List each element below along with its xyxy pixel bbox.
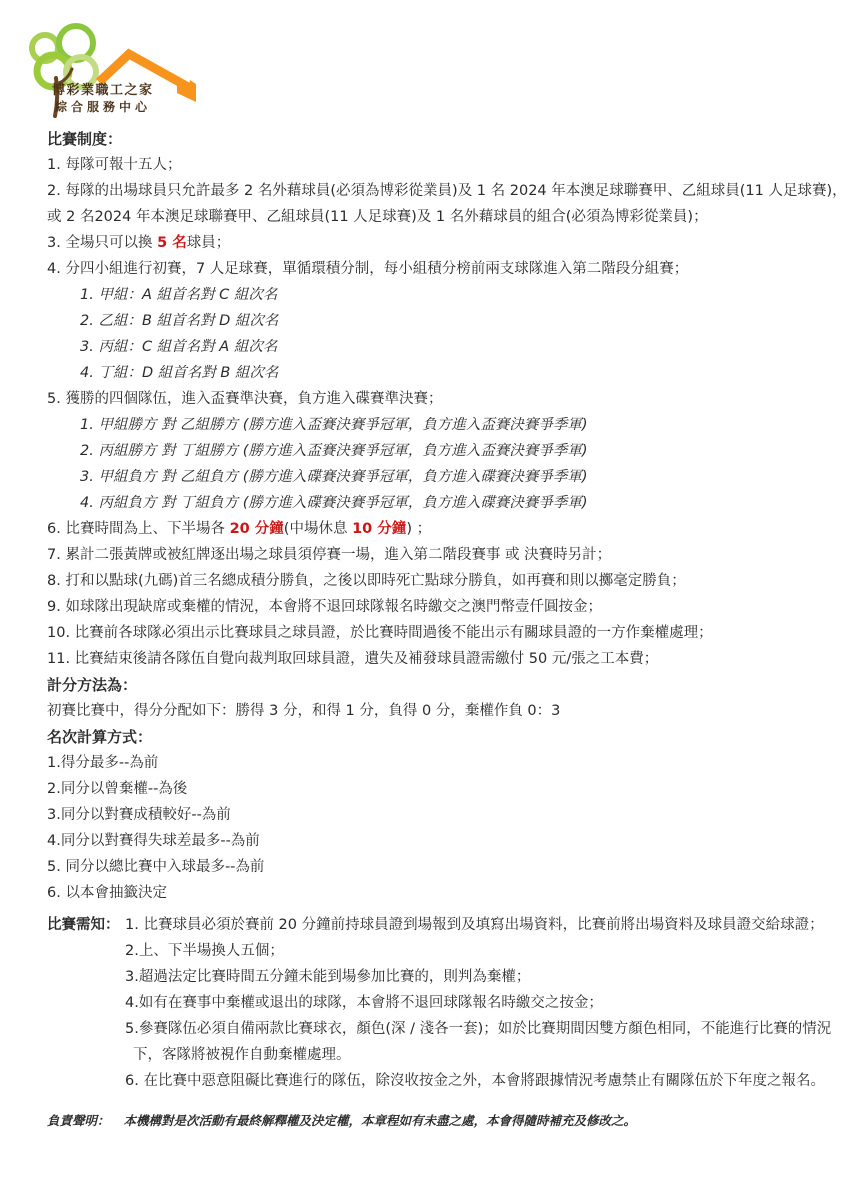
halftime-break-highlight: 10 分鐘 (352, 521, 406, 537)
rule-item-3-pre: 3. 全場只可以換 (47, 235, 157, 251)
rules-heading: 比賽制度： (47, 126, 847, 152)
notice-label: 比賽需知： (47, 912, 125, 938)
rule-item-5: 5. 獲勝的四個隊伍，進入盃賽準決賽，負方進入碟賽準決賽； (47, 386, 847, 412)
document-page: 博彩業職工之家 綜合服務中心 比賽制度： 1. 每隊可報十五人； 2. 每隊的出… (0, 0, 849, 1200)
notice-item: 2.上、下半場換人五個； (125, 938, 847, 964)
ranking-heading: 名次計算方式： (47, 724, 847, 750)
knockout-pairings: 1. 甲組勝方 對 乙組勝方 (勝方進入盃賽決賽爭冠軍，負方進入盃賽決賽爭季軍)… (47, 412, 847, 516)
ranking-item: 5. 同分以總比賽中入球最多--為前 (47, 854, 847, 880)
substitution-count-highlight: 5 名 (157, 235, 187, 251)
notice-item: 4.如有在賽事中棄權或退出的球隊，本會將不退回球隊報名時繳交之按金； (125, 990, 847, 1016)
pairing-item: 4. 丁組：D 組首名對 B 組次名 (80, 360, 847, 386)
notice-item: 5.參賽隊伍必須自備兩款比賽球衣，顏色(深 / 淺各一套)；如於比賽期間因雙方顏… (125, 1016, 847, 1068)
rule-item-3-post: 球員； (187, 235, 231, 251)
ranking-item: 6. 以本會抽籤決定 (47, 880, 847, 906)
pairing-item: 2. 乙組：B 組首名對 D 組次名 (80, 308, 847, 334)
rule-item-7: 7. 累計二張黃牌或被紅牌逐出場之球員須停賽一場，進入第二階段賽事 或 決賽時另… (47, 542, 847, 568)
notice-list: 1. 比賽球員必須於賽前 20 分鐘前持球員證到場報到及填寫出場資料，比賽前將出… (125, 912, 847, 1094)
rule-item-6-mid: (中場休息 (284, 521, 352, 537)
pairing-item: 1. 甲組：A 組首名對 C 組次名 (80, 282, 847, 308)
disclaimer-label: 負責聲明： (47, 1113, 110, 1128)
rule-item-11: 11. 比賽結束後請各隊伍自覺向裁判取回球員證，遺失及補發球員證需繳付 50 元… (47, 646, 847, 672)
pairing-item: 2. 丙組勝方 對 丁組勝方 (勝方進入盃賽決賽爭冠軍，負方進入盃賽決賽爭季軍) (80, 438, 847, 464)
scoring-body: 初賽比賽中，得分分配如下：勝得 3 分，和得 1 分，負得 0 分，棄權作負 0… (47, 698, 847, 724)
ranking-item: 2.同分以曾棄權--為後 (47, 776, 847, 802)
rule-item-1: 1. 每隊可報十五人； (47, 152, 847, 178)
rule-item-10: 10. 比賽前各球隊必須出示比賽球員之球員證，於比賽時間過後不能出示有關球員證的… (47, 620, 847, 646)
disclaimer-body: 本機構對是次活動有最終解釋權及決定權，本章程如有未盡之處，本會得隨時補充及修改之… (124, 1113, 637, 1128)
scoring-heading: 計分方法為： (47, 672, 847, 698)
rule-item-2: 2. 每隊的出場球員只允許最多 2 名外藉球員(必須為博彩從業員)及 1 名 2… (47, 178, 847, 230)
notice-item: 3.超過法定比賽時間五分鐘未能到場參加比賽的，則判為棄權； (125, 964, 847, 990)
rule-item-4: 4. 分四小組進行初賽，7 人足球賽，單循環積分制，每小組積分榜前兩支球隊進入第… (47, 256, 847, 282)
ranking-item: 4.同分以對賽得失球差最多--為前 (47, 828, 847, 854)
ranking-item: 1.得分最多--為前 (47, 750, 847, 776)
notice-item: 1. 比賽球員必須於賽前 20 分鐘前持球員證到場報到及填寫出場資料，比賽前將出… (125, 912, 847, 938)
group-stage-pairings: 1. 甲組：A 組首名對 C 組次名 2. 乙組：B 組首名對 D 組次名 3.… (47, 282, 847, 386)
rule-item-6-pre: 6. 比賽時間為上、下半場各 (47, 521, 230, 537)
logo-subtitle: 綜合服務中心 (55, 98, 151, 115)
ranking-item: 3.同分以對賽成積較好--為前 (47, 802, 847, 828)
pairing-item: 1. 甲組勝方 對 乙組勝方 (勝方進入盃賽決賽爭冠軍，負方進入盃賽決賽爭季軍) (80, 412, 847, 438)
rule-item-8: 8. 打和以點球(九碼)首三名總成積分勝負，之後以即時死亡點球分勝負，如再賽和則… (47, 568, 847, 594)
pairing-item: 3. 丙組：C 組首名對 A 組次名 (80, 334, 847, 360)
logo-title: 博彩業職工之家 (52, 79, 154, 98)
rule-item-3: 3. 全場只可以換 5 名球員； (47, 230, 847, 256)
notice-section: 比賽需知： 1. 比賽球員必須於賽前 20 分鐘前持球員證到場報到及填寫出場資料… (47, 912, 847, 1094)
pairing-item: 4. 丙組負方 對 丁組負方 (勝方進入碟賽決賽爭冠軍，負方進入碟賽決賽爭季軍) (80, 490, 847, 516)
disclaimer: 負責聲明：本機構對是次活動有最終解釋權及決定權，本章程如有未盡之處，本會得隨時補… (47, 1108, 847, 1134)
rule-item-6-post: ) ； (406, 521, 431, 537)
notice-item: 6. 在比賽中惡意阻礙比賽進行的隊伍，除沒收按金之外，本會將跟據情況考慮禁止有關… (125, 1068, 847, 1094)
document-body: 比賽制度： 1. 每隊可報十五人； 2. 每隊的出場球員只允許最多 2 名外藉球… (47, 126, 847, 1134)
pairing-item: 3. 甲組負方 對 乙組負方 (勝方進入碟賽決賽爭冠軍，負方進入碟賽決賽爭季軍) (80, 464, 847, 490)
rule-item-9: 9. 如球隊出現缺席或棄權的情況，本會將不退回球隊報名時繳交之澳門幣壹仟圓按金； (47, 594, 847, 620)
organization-logo: 博彩業職工之家 綜合服務中心 (25, 22, 205, 122)
ranking-list: 1.得分最多--為前 2.同分以曾棄權--為後 3.同分以對賽成積較好--為前 … (47, 750, 847, 906)
rule-item-6: 6. 比賽時間為上、下半場各 20 分鐘(中場休息 10 分鐘) ； (47, 516, 847, 542)
half-duration-highlight: 20 分鐘 (230, 521, 284, 537)
